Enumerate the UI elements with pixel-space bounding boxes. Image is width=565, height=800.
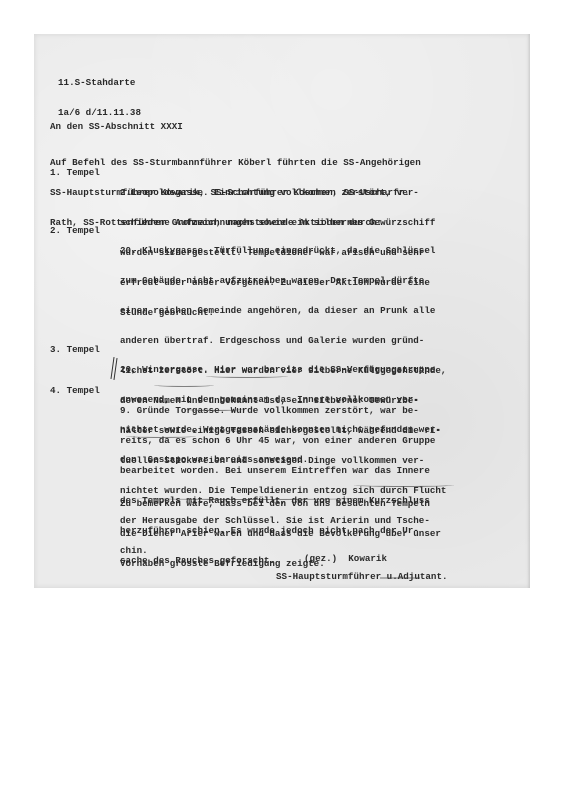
item-line: 9. Gründe Torgasse. Wurde vollkommen zer…: [120, 406, 435, 416]
item-line: 20. Kluckygasse. Türfüllung eingedrückt,…: [120, 246, 446, 256]
closing-line: Zu bemerken wäre, dass bei den von uns b…: [120, 499, 441, 509]
pen-underline: [206, 374, 288, 378]
item-label: 2. Tempel: [50, 226, 100, 236]
archive-stamp: [380, 577, 420, 579]
reference-line: 1a/6 d/11.11.38: [58, 108, 141, 118]
signature-name: (gez.) Kowarik: [304, 554, 387, 564]
handwritten-margin-mark: [113, 358, 117, 380]
signature-title: SS-Hauptsturmführer u.Adjutant.: [276, 572, 448, 582]
intro-line: Auf Befehl des SS-Sturmbannführer Köberl…: [50, 158, 421, 168]
item-line: einer reichen Gemeinde angehören, da die…: [120, 306, 446, 316]
list-item: 3. Tempel 20, Wintergasse. Hier war bere…: [50, 345, 72, 385]
item-line: zum Gebäude nicht aufzutreiben waren. De…: [120, 276, 446, 286]
scanned-document: 11.S-Stahdarte 1a/6 d/11.11.38 An den SS…: [34, 34, 530, 588]
list-item: 2. Tempel 20. Kluckygasse. Türfüllung ei…: [50, 226, 72, 266]
closing-line: die Diener Arier waren und dass die Bevö…: [120, 529, 441, 539]
closing-line: Vornaben grösste Befriedigung zeigte.: [120, 559, 441, 569]
item-label: 4. Tempel: [50, 386, 100, 396]
unit-line: 11.S-Stahdarte: [58, 78, 141, 88]
list-item: 4. Tempel 9. Gründe Torgasse. Wurde voll…: [50, 386, 72, 426]
item-label: 1. Tempel: [50, 168, 100, 178]
item-label: 3. Tempel: [50, 345, 100, 355]
item-line: bearbeitet worden. Bei unserem Eintreffe…: [120, 466, 435, 476]
item-line: reits, da es schon 6 Uhr 45 war, von ein…: [120, 436, 435, 446]
addressee: An den SS-Abschnitt XXXI: [50, 122, 183, 132]
list-item: 1. Tempel 2.Leopoldsgasse. Einrichtung v…: [50, 168, 72, 208]
item-line: 2.Leopoldsgasse. Einrichtung vollkommen …: [120, 188, 435, 198]
